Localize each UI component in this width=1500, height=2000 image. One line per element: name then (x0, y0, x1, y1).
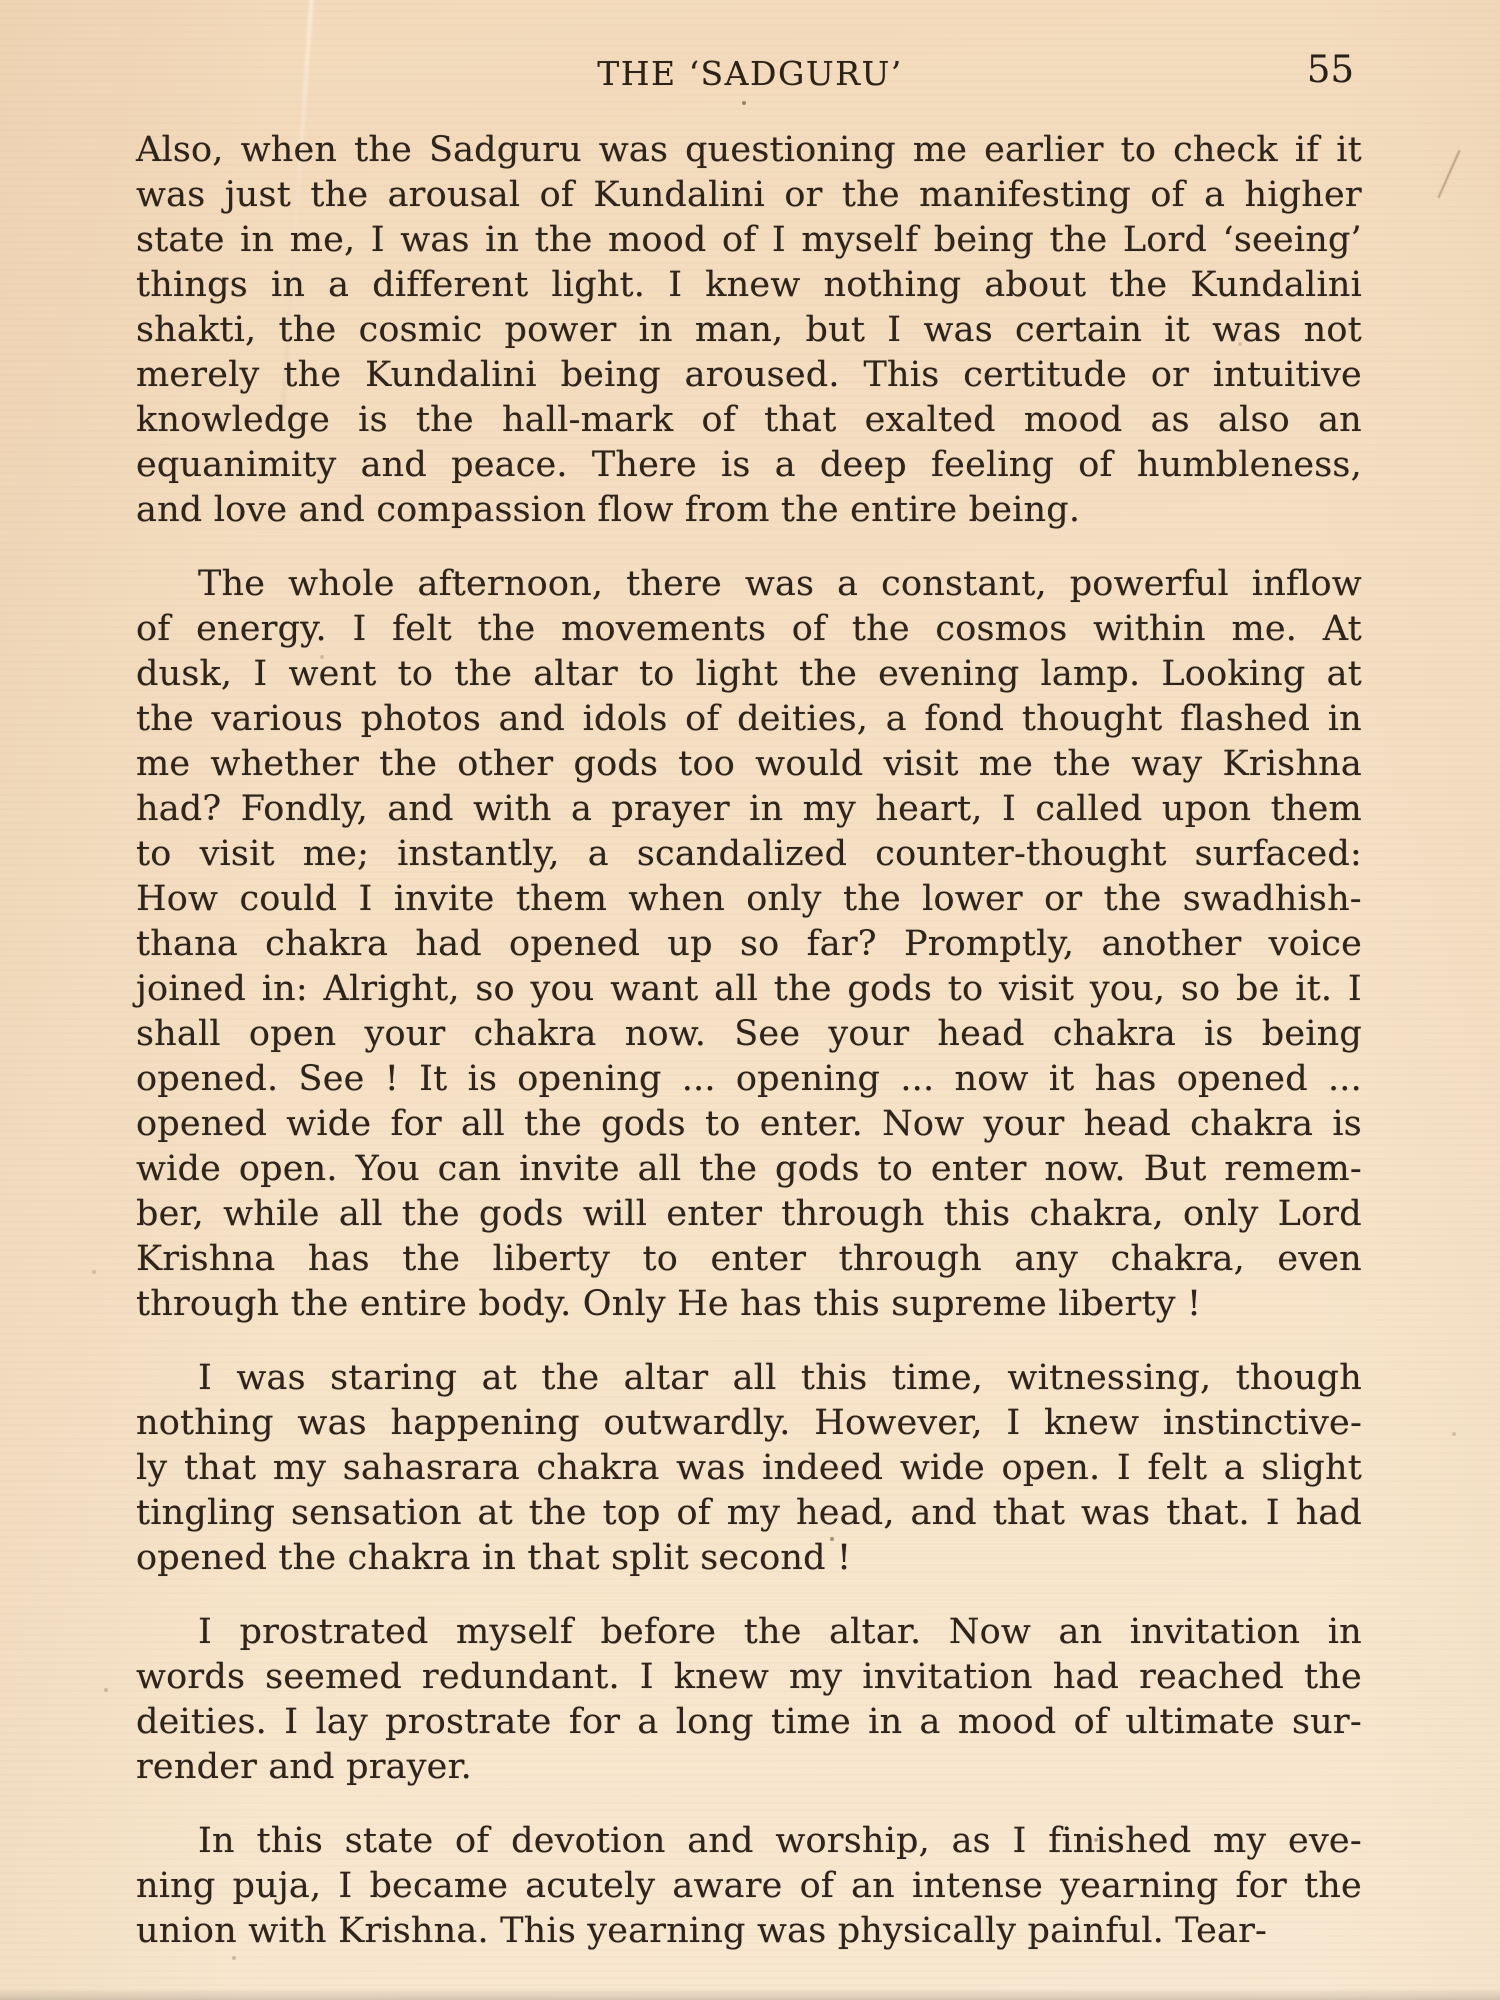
text-line: Krishnahasthelibertytoenterthroughanycha… (136, 1237, 1362, 1282)
text-block: Also,whentheSadguruwasquestioningmeearli… (136, 128, 1362, 1954)
text-line: Thewholeafternoon,therewasaconstant,powe… (136, 562, 1362, 607)
text-line: had?Fondly,andwithaprayerinmyheart,Icall… (136, 787, 1362, 832)
text-line: thingsinadifferentlight.Iknewnothingabou… (136, 263, 1362, 308)
text-line: dusk,Iwenttothealtartolighttheeveninglam… (136, 652, 1362, 697)
text-line: opened.See!Itisopening...opening...nowit… (136, 1057, 1362, 1102)
page-header: THE ‘SADGURU’ 55 (0, 48, 1500, 94)
text-line: shallopenyourchakranow.Seeyourheadchakra… (136, 1012, 1362, 1057)
text-line: ber,whileallthegodswillenterthroughthisc… (136, 1192, 1362, 1237)
text-line: Iprostratedmyselfbeforethealtar.Nowaninv… (136, 1610, 1362, 1655)
text-line: Inthisstateofdevotionandworship,asIfinis… (136, 1819, 1362, 1864)
paper-crease (1438, 150, 1461, 198)
text-line: through the entire body. Only He has thi… (136, 1282, 1362, 1327)
text-line: deities.Ilayprostrateforalongtimeinamood… (136, 1700, 1362, 1745)
book-page: THE ‘SADGURU’ 55 Also,whentheSadguruwasq… (0, 0, 1500, 2000)
text-line: ningpuja,Ibecameacutelyawareofanintensey… (136, 1864, 1362, 1909)
text-line: wasjustthearousalofKundaliniorthemanifes… (136, 173, 1362, 218)
text-line: tinglingsensationatthetopofmyhead,andtha… (136, 1491, 1362, 1536)
text-line: thanachakrahadopenedupsofar?Promptly,ano… (136, 922, 1362, 967)
text-line: opened the chakra in that split second ! (136, 1536, 1362, 1581)
page-number: 55 (1307, 48, 1354, 91)
paragraph: Iprostratedmyselfbeforethealtar.Nowaninv… (136, 1610, 1362, 1790)
paragraph: Inthisstateofdevotionandworship,asIfinis… (136, 1819, 1362, 1954)
text-line: equanimityandpeace.Thereisadeepfeelingof… (136, 443, 1362, 488)
text-line: tovisitme;instantly,ascandalizedcounter-… (136, 832, 1362, 877)
paragraph: Also,whentheSadguruwasquestioningmeearli… (136, 128, 1362, 533)
paragraph: Iwasstaringatthealtarallthistime,witness… (136, 1356, 1362, 1581)
text-line: mewhethertheothergodstoowouldvisitmethew… (136, 742, 1362, 787)
text-line: shakti,thecosmicpowerinman,butIwascertai… (136, 308, 1362, 353)
text-line: Iwasstaringatthealtarallthistime,witness… (136, 1356, 1362, 1401)
text-line: render and prayer. (136, 1745, 1362, 1790)
text-line: HowcouldIinvitethemwhenonlythelowerorthe… (136, 877, 1362, 922)
text-line: knowledgeisthehall-markofthatexaltedmood… (136, 398, 1362, 443)
text-line: thevariousphotosandidolsofdeities,afondt… (136, 697, 1362, 742)
text-line: union with Krishna. This yearning was ph… (136, 1909, 1362, 1954)
text-line: wideopen.Youcaninviteallthegodstoenterno… (136, 1147, 1362, 1192)
text-line: Also,whentheSadguruwasquestioningmeearli… (136, 128, 1362, 173)
running-title: THE ‘SADGURU’ (0, 54, 1500, 93)
text-line: merelytheKundalinibeingaroused.Thiscerti… (136, 353, 1362, 398)
text-line: and love and compassion flow from the en… (136, 488, 1362, 533)
text-line: stateinme,IwasinthemoodofImyselfbeingthe… (136, 218, 1362, 263)
text-line: lythatmysahasrarachakrawasindeedwideopen… (136, 1446, 1362, 1491)
text-line: wordsseemedredundant.Iknewmyinvitationha… (136, 1655, 1362, 1700)
text-line: ofenergy.Ifeltthemovementsofthecosmoswit… (136, 607, 1362, 652)
text-line: joinedin:Alright,soyouwantallthegodstovi… (136, 967, 1362, 1012)
paragraph: Thewholeafternoon,therewasaconstant,powe… (136, 562, 1362, 1327)
page-bottom-shadow (0, 1988, 1500, 2000)
text-line: openedwideforallthegodstoenter.Nowyourhe… (136, 1102, 1362, 1147)
paper-speckles (0, 0, 4, 4)
text-line: nothingwashappeningoutwardly.However,Ikn… (136, 1401, 1362, 1446)
